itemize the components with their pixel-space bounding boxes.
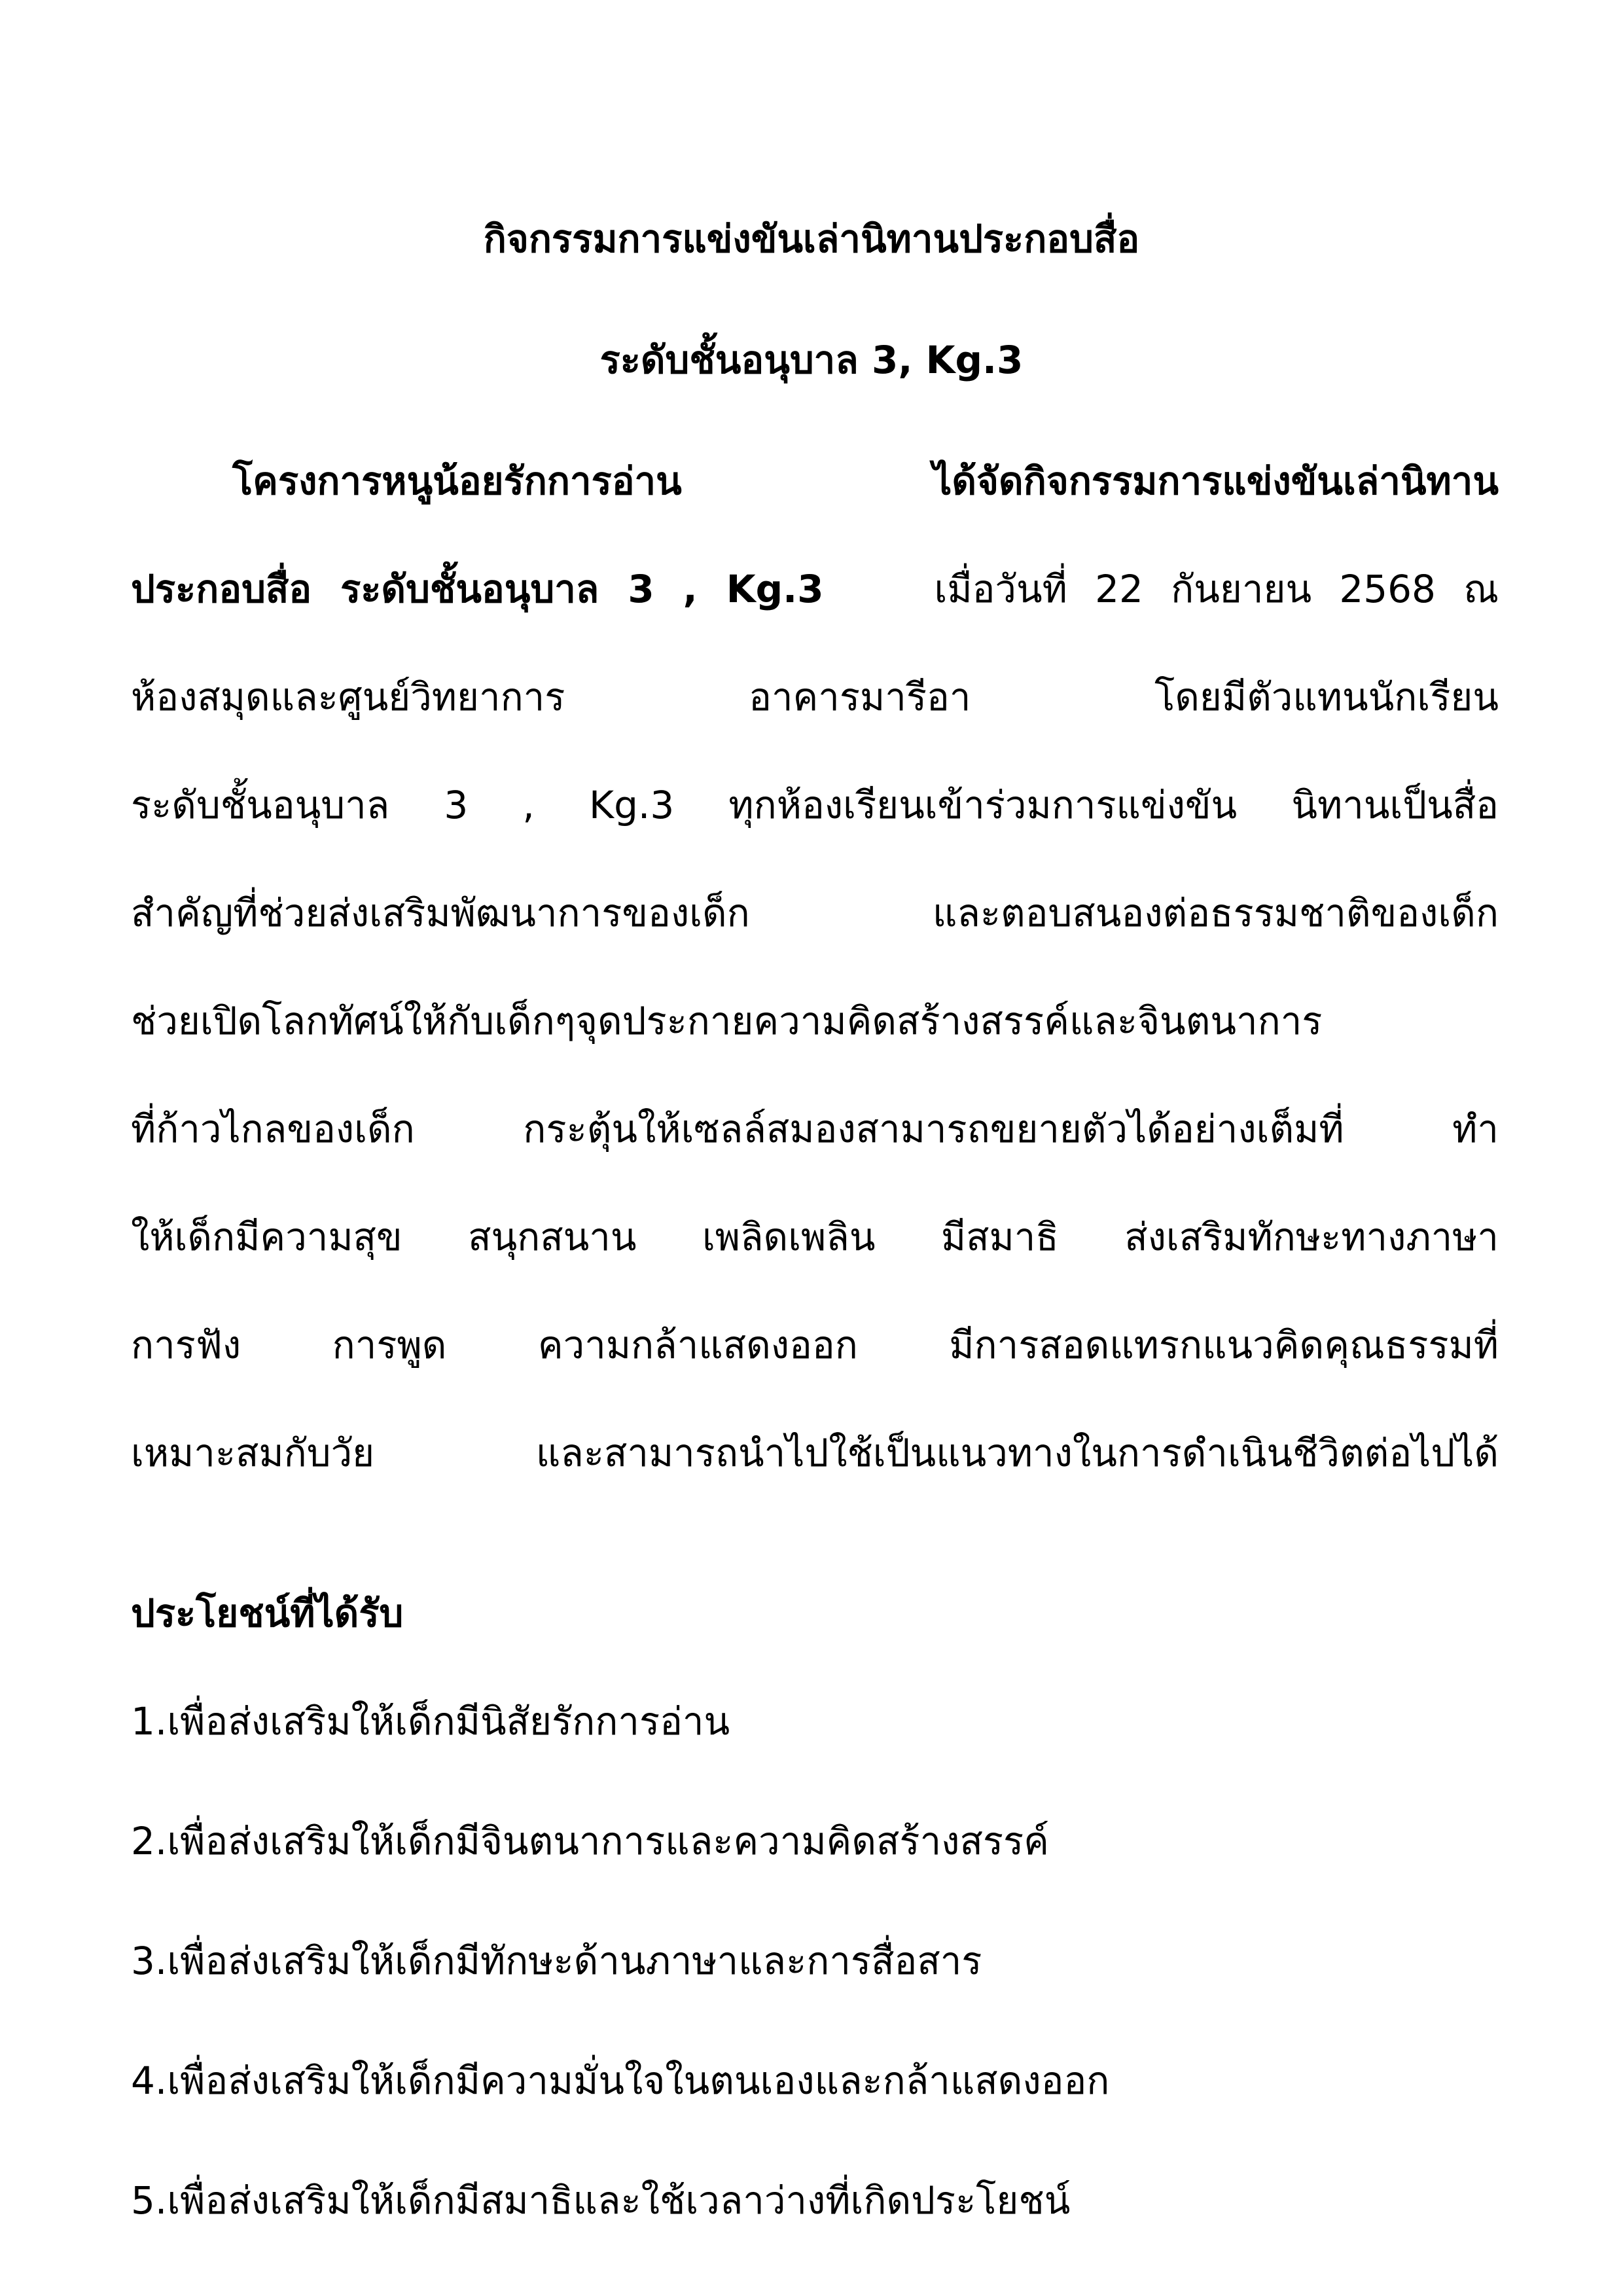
benefits-heading: ประโยชน์ที่ได้รับ [131,1587,403,1640]
benefit-item: 1.เพื่อส่งเสริมให้เด็กมีนิสัยรักการอ่าน [131,1695,730,1748]
body-line-2: ประกอบสื่อ ระดับชั้นอนุบาล 3 , Kg.3 เมื่… [131,563,1499,615]
body-line: สำคัญที่ช่วยส่งเสริมพัฒนาการของเด็ก และต… [131,887,1499,939]
benefit-item: 4.เพื่อส่งเสริมให้เด็กมีความมั่นใจในตนเอ… [131,2054,1109,2107]
body-line: ที่ก้าวไกลของเด็ก กระตุ้นให้เซลล์สมองสาม… [131,1103,1499,1155]
body-line: ห้องสมุดและศูนย์วิทยาการ อาคารมารีอา โดย… [131,671,1499,723]
body-lead-line-1: โครงการหนูน้อยรักการอ่าน ได้จัดกิจกรรมกา… [232,455,1499,507]
body-line: ให้เด็กมีความสุข สนุกสนาน เพลิดเพลิน มีส… [131,1211,1499,1263]
document-title: กิจกรรมการแข่งขันเล่านิทานประกอบสื่อ [0,213,1623,265]
benefit-item: 2.เพื่อส่งเสริมให้เด็กมีจินตนาการและความ… [131,1815,1049,1867]
body-line: การฟัง การพูด ความกล้าแสดงออก มีการสอดแท… [131,1319,1499,1371]
benefit-item: 3.เพื่อส่งเสริมให้เด็กมีทักษะด้านภาษาและ… [131,1935,982,1987]
body-lead-line-2: ประกอบสื่อ ระดับชั้นอนุบาล 3 , Kg.3 [131,567,824,611]
body-line: เหมาะสมกับวัย และสามารถนำไปใช้เป็นแนวทาง… [131,1427,1499,1479]
body-line: ระดับชั้นอนุบาล 3 , Kg.3 ทุกห้องเรียนเข้… [131,779,1499,831]
body-date-location: เมื่อวันที่ 22 กันยายน 2568 ณ [935,567,1499,611]
body-line: ช่วยเปิดโลกทัศน์ให้กับเด็กๆจุดประกายความ… [131,995,1499,1047]
benefit-item: 5.เพื่อส่งเสริมให้เด็กมีสมาธิและใช้เวลาว… [131,2174,1070,2227]
document-subtitle: ระดับชั้นอนุบาล 3, Kg.3 [0,334,1623,386]
document-page: กิจกรรมการแข่งขันเล่านิทานประกอบสื่อ ระด… [0,0,1623,2296]
